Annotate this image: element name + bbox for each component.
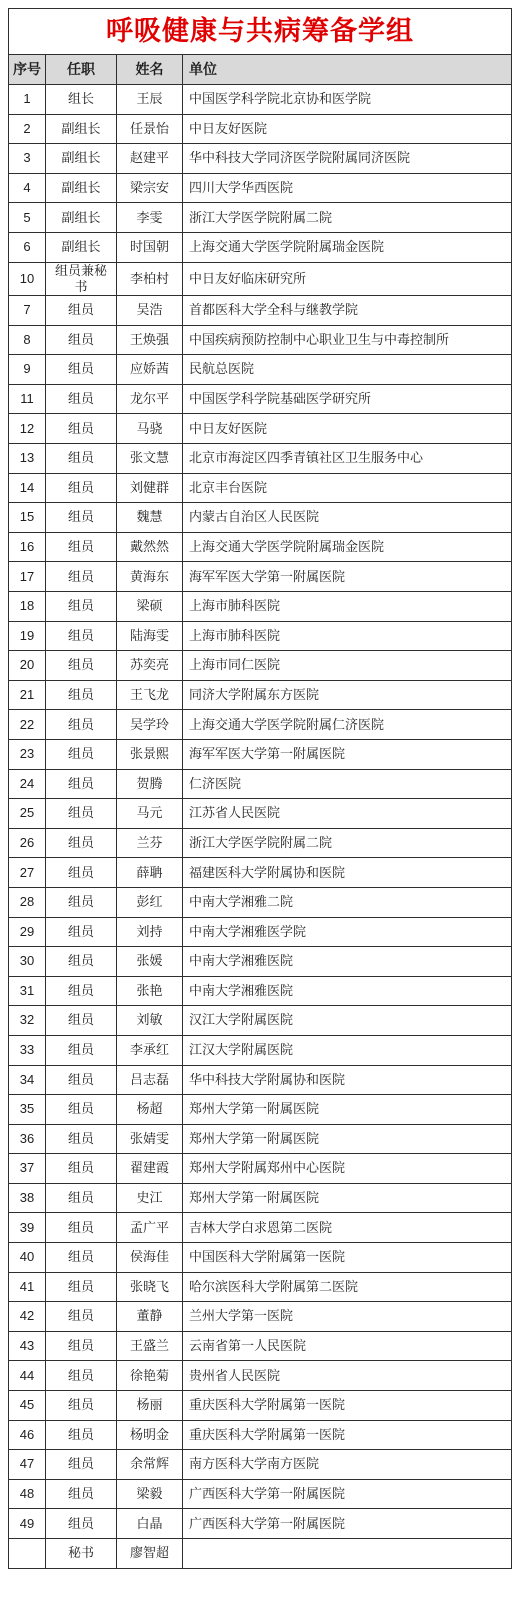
cell-role: 组员 <box>46 710 117 740</box>
cell-index: 46 <box>9 1420 46 1450</box>
cell-index: 11 <box>9 384 46 414</box>
cell-index: 36 <box>9 1124 46 1154</box>
page-title: 呼吸健康与共病筹备学组 <box>9 9 512 55</box>
cell-org: 哈尔滨医科大学附属第二医院 <box>183 1272 512 1302</box>
header-org: 单位 <box>183 55 512 85</box>
table-row: 秘书廖智超 <box>9 1539 512 1569</box>
table-row: 40组员侯海佳中国医科大学附属第一医院 <box>9 1243 512 1273</box>
cell-role: 组员 <box>46 621 117 651</box>
cell-role: 组员 <box>46 562 117 592</box>
table-row: 26组员兰芬浙江大学医学院附属二院 <box>9 828 512 858</box>
cell-org: 广西医科大学第一附属医院 <box>183 1479 512 1509</box>
cell-index: 33 <box>9 1035 46 1065</box>
cell-org: 中国医学科学院北京协和医学院 <box>183 85 512 115</box>
cell-role: 组员 <box>46 1361 117 1391</box>
cell-org: 上海交通大学医学院附属瑞金医院 <box>183 532 512 562</box>
cell-name: 孟广平 <box>117 1213 183 1243</box>
cell-name: 徐艳菊 <box>117 1361 183 1391</box>
table-row: 43组员王盛兰云南省第一人民医院 <box>9 1331 512 1361</box>
cell-index: 31 <box>9 976 46 1006</box>
cell-index: 40 <box>9 1243 46 1273</box>
cell-index: 32 <box>9 1006 46 1036</box>
cell-name: 吴学玲 <box>117 710 183 740</box>
table-row: 37组员翟建霞郑州大学附属郑州中心医院 <box>9 1154 512 1184</box>
cell-index: 41 <box>9 1272 46 1302</box>
cell-index: 13 <box>9 444 46 474</box>
table-row: 22组员吴学玲上海交通大学医学院附属仁济医院 <box>9 710 512 740</box>
header-role: 任职 <box>46 55 117 85</box>
cell-name: 刘持 <box>117 917 183 947</box>
cell-name: 赵建平 <box>117 144 183 174</box>
roster-table-container: 呼吸健康与共病筹备学组 序号任职姓名单位 1组长王辰中国医学科学院北京协和医学院… <box>8 8 512 1569</box>
table-row: 12组员马骁中日友好医院 <box>9 414 512 444</box>
cell-role: 组员 <box>46 1479 117 1509</box>
table-row: 32组员刘敏汉江大学附属医院 <box>9 1006 512 1036</box>
cell-name: 吴浩 <box>117 296 183 326</box>
cell-index: 12 <box>9 414 46 444</box>
cell-role: 组员 <box>46 503 117 533</box>
table-row: 10组员兼秘书李柏村中日友好临床研究所 <box>9 262 512 296</box>
cell-index: 26 <box>9 828 46 858</box>
table-row: 44组员徐艳菊贵州省人民医院 <box>9 1361 512 1391</box>
cell-role: 组员兼秘书 <box>46 262 117 296</box>
cell-name: 薛聃 <box>117 858 183 888</box>
cell-org: 浙江大学医学院附属二院 <box>183 203 512 233</box>
cell-name: 杨丽 <box>117 1391 183 1421</box>
cell-org: 上海交通大学医学院附属仁济医院 <box>183 710 512 740</box>
cell-name: 张景熙 <box>117 739 183 769</box>
title-row: 呼吸健康与共病筹备学组 <box>9 9 512 55</box>
cell-role: 组员 <box>46 444 117 474</box>
cell-name: 廖智超 <box>117 1539 183 1569</box>
cell-role: 组员 <box>46 1272 117 1302</box>
table-row: 47组员余常辉南方医科大学南方医院 <box>9 1450 512 1480</box>
cell-org: 中日友好临床研究所 <box>183 262 512 296</box>
header-index: 序号 <box>9 55 46 85</box>
cell-name: 梁宗安 <box>117 173 183 203</box>
cell-name: 龙尔平 <box>117 384 183 414</box>
cell-org: 兰州大学第一医院 <box>183 1302 512 1332</box>
cell-index: 30 <box>9 947 46 977</box>
cell-role: 组员 <box>46 355 117 385</box>
cell-index: 35 <box>9 1095 46 1125</box>
table-row: 45组员杨丽重庆医科大学附属第一医院 <box>9 1391 512 1421</box>
table-row: 24组员贺腾仁济医院 <box>9 769 512 799</box>
cell-role: 秘书 <box>46 1539 117 1569</box>
cell-index: 14 <box>9 473 46 503</box>
cell-index: 7 <box>9 296 46 326</box>
cell-org: 重庆医科大学附属第一医院 <box>183 1391 512 1421</box>
cell-org: 首都医科大学全科与继教学院 <box>183 296 512 326</box>
cell-org: 北京丰台医院 <box>183 473 512 503</box>
cell-org: 四川大学华西医院 <box>183 173 512 203</box>
table-row: 21组员王飞龙同济大学附属东方医院 <box>9 680 512 710</box>
table-row: 11组员龙尔平中国医学科学院基础医学研究所 <box>9 384 512 414</box>
table-row: 28组员彭红中南大学湘雅二院 <box>9 887 512 917</box>
cell-org: 中国疾病预防控制中心职业卫生与中毒控制所 <box>183 325 512 355</box>
cell-name: 张婧雯 <box>117 1124 183 1154</box>
table-row: 15组员魏慧内蒙古自治区人民医院 <box>9 503 512 533</box>
cell-org: 郑州大学附属郑州中心医院 <box>183 1154 512 1184</box>
table-row: 49组员白晶广西医科大学第一附属医院 <box>9 1509 512 1539</box>
cell-name: 刘敏 <box>117 1006 183 1036</box>
cell-role: 组员 <box>46 296 117 326</box>
table-row: 23组员张景熙海军军医大学第一附属医院 <box>9 739 512 769</box>
cell-index: 22 <box>9 710 46 740</box>
cell-role: 副组长 <box>46 173 117 203</box>
table-row: 17组员黄海东海军军医大学第一附属医院 <box>9 562 512 592</box>
cell-name: 梁硕 <box>117 592 183 622</box>
cell-name: 张晓飞 <box>117 1272 183 1302</box>
cell-index: 16 <box>9 532 46 562</box>
table-row: 42组员董静兰州大学第一医院 <box>9 1302 512 1332</box>
cell-org: 中日友好医院 <box>183 414 512 444</box>
cell-index: 29 <box>9 917 46 947</box>
cell-index: 17 <box>9 562 46 592</box>
cell-role: 组长 <box>46 85 117 115</box>
cell-role: 组员 <box>46 651 117 681</box>
cell-org: 郑州大学第一附属医院 <box>183 1095 512 1125</box>
cell-role: 副组长 <box>46 232 117 262</box>
table-row: 33组员李承红江汉大学附属医院 <box>9 1035 512 1065</box>
table-row: 41组员张晓飞哈尔滨医科大学附属第二医院 <box>9 1272 512 1302</box>
table-row: 30组员张媛中南大学湘雅医院 <box>9 947 512 977</box>
table-row: 3副组长赵建平华中科技大学同济医学院附属同济医院 <box>9 144 512 174</box>
cell-org: 华中科技大学附属协和医院 <box>183 1065 512 1095</box>
cell-index: 21 <box>9 680 46 710</box>
table-row: 4副组长梁宗安四川大学华西医院 <box>9 173 512 203</box>
table-row: 13组员张文慧北京市海淀区四季青镇社区卫生服务中心 <box>9 444 512 474</box>
cell-name: 李承红 <box>117 1035 183 1065</box>
cell-index: 28 <box>9 887 46 917</box>
cell-name: 戴然然 <box>117 532 183 562</box>
cell-name: 苏奕亮 <box>117 651 183 681</box>
cell-index: 23 <box>9 739 46 769</box>
cell-role: 组员 <box>46 1095 117 1125</box>
cell-org: 郑州大学第一附属医院 <box>183 1124 512 1154</box>
cell-index: 47 <box>9 1450 46 1480</box>
cell-role: 组员 <box>46 1420 117 1450</box>
cell-name: 马骁 <box>117 414 183 444</box>
cell-org: 上海市肺科医院 <box>183 592 512 622</box>
cell-org: 海军军医大学第一附属医院 <box>183 739 512 769</box>
table-row: 29组员刘持中南大学湘雅医学院 <box>9 917 512 947</box>
cell-index: 37 <box>9 1154 46 1184</box>
cell-role: 副组长 <box>46 203 117 233</box>
cell-index: 9 <box>9 355 46 385</box>
cell-org: 江苏省人民医院 <box>183 799 512 829</box>
cell-role: 组员 <box>46 1154 117 1184</box>
cell-index: 43 <box>9 1331 46 1361</box>
cell-org: 汉江大学附属医院 <box>183 1006 512 1036</box>
table-row: 19组员陆海雯上海市肺科医院 <box>9 621 512 651</box>
cell-role: 组员 <box>46 1065 117 1095</box>
cell-name: 王盛兰 <box>117 1331 183 1361</box>
cell-role: 组员 <box>46 473 117 503</box>
cell-role: 组员 <box>46 1302 117 1332</box>
cell-org: 华中科技大学同济医学院附属同济医院 <box>183 144 512 174</box>
table-row: 14组员刘健群北京丰台医院 <box>9 473 512 503</box>
table-row: 34组员吕志磊华中科技大学附属协和医院 <box>9 1065 512 1095</box>
cell-name: 王辰 <box>117 85 183 115</box>
cell-name: 杨超 <box>117 1095 183 1125</box>
table-row: 39组员孟广平吉林大学白求恩第二医院 <box>9 1213 512 1243</box>
cell-org: 海军军医大学第一附属医院 <box>183 562 512 592</box>
cell-role: 组员 <box>46 1450 117 1480</box>
cell-role: 组员 <box>46 828 117 858</box>
cell-index: 15 <box>9 503 46 533</box>
roster-table: 呼吸健康与共病筹备学组 序号任职姓名单位 1组长王辰中国医学科学院北京协和医学院… <box>8 8 512 1569</box>
cell-org: 南方医科大学南方医院 <box>183 1450 512 1480</box>
cell-org: 上海市同仁医院 <box>183 651 512 681</box>
cell-name: 张文慧 <box>117 444 183 474</box>
cell-index: 38 <box>9 1183 46 1213</box>
cell-index: 10 <box>9 262 46 296</box>
cell-role: 组员 <box>46 739 117 769</box>
table-row: 9组员应娇茜民航总医院 <box>9 355 512 385</box>
cell-role: 组员 <box>46 1183 117 1213</box>
table-row: 5副组长李雯浙江大学医学院附属二院 <box>9 203 512 233</box>
cell-name: 余常辉 <box>117 1450 183 1480</box>
cell-index: 2 <box>9 114 46 144</box>
cell-name: 梁毅 <box>117 1479 183 1509</box>
cell-role: 组员 <box>46 592 117 622</box>
table-body: 1组长王辰中国医学科学院北京协和医学院2副组长任景怡中日友好医院3副组长赵建平华… <box>9 85 512 1569</box>
cell-role: 组员 <box>46 769 117 799</box>
cell-name: 史江 <box>117 1183 183 1213</box>
table-row: 6副组长时国朝上海交通大学医学院附属瑞金医院 <box>9 232 512 262</box>
cell-org: 同济大学附属东方医院 <box>183 680 512 710</box>
cell-role: 组员 <box>46 1124 117 1154</box>
table-row: 18组员梁硕上海市肺科医院 <box>9 592 512 622</box>
cell-role: 组员 <box>46 1331 117 1361</box>
table-row: 1组长王辰中国医学科学院北京协和医学院 <box>9 85 512 115</box>
cell-role: 组员 <box>46 1006 117 1036</box>
cell-name: 白晶 <box>117 1509 183 1539</box>
cell-index: 4 <box>9 173 46 203</box>
cell-name: 刘健群 <box>117 473 183 503</box>
cell-org: 内蒙古自治区人民医院 <box>183 503 512 533</box>
cell-role: 副组长 <box>46 144 117 174</box>
cell-role: 组员 <box>46 1391 117 1421</box>
cell-org: 福建医科大学附属协和医院 <box>183 858 512 888</box>
cell-name: 应娇茜 <box>117 355 183 385</box>
cell-name: 侯海佳 <box>117 1243 183 1273</box>
cell-name: 翟建霞 <box>117 1154 183 1184</box>
cell-org: 上海交通大学医学院附属瑞金医院 <box>183 232 512 262</box>
cell-index: 48 <box>9 1479 46 1509</box>
cell-index: 18 <box>9 592 46 622</box>
cell-index: 24 <box>9 769 46 799</box>
cell-index: 27 <box>9 858 46 888</box>
cell-role: 组员 <box>46 680 117 710</box>
cell-index: 5 <box>9 203 46 233</box>
cell-org: 民航总医院 <box>183 355 512 385</box>
cell-role: 副组长 <box>46 114 117 144</box>
table-row: 7组员吴浩首都医科大学全科与继教学院 <box>9 296 512 326</box>
cell-index: 20 <box>9 651 46 681</box>
cell-name: 魏慧 <box>117 503 183 533</box>
cell-org: 中南大学湘雅医院 <box>183 976 512 1006</box>
cell-role: 组员 <box>46 976 117 1006</box>
cell-role: 组员 <box>46 917 117 947</box>
cell-org: 中日友好医院 <box>183 114 512 144</box>
cell-name: 张艳 <box>117 976 183 1006</box>
cell-org: 广西医科大学第一附属医院 <box>183 1509 512 1539</box>
table-row: 38组员史江郑州大学第一附属医院 <box>9 1183 512 1213</box>
cell-org: 江汉大学附属医院 <box>183 1035 512 1065</box>
cell-role: 组员 <box>46 1509 117 1539</box>
cell-org: 重庆医科大学附属第一医院 <box>183 1420 512 1450</box>
cell-index: 25 <box>9 799 46 829</box>
cell-role: 组员 <box>46 384 117 414</box>
cell-index: 6 <box>9 232 46 262</box>
cell-org: 中南大学湘雅医学院 <box>183 917 512 947</box>
cell-name: 时国朝 <box>117 232 183 262</box>
cell-org: 仁济医院 <box>183 769 512 799</box>
cell-role: 组员 <box>46 532 117 562</box>
cell-name: 李雯 <box>117 203 183 233</box>
cell-org: 贵州省人民医院 <box>183 1361 512 1391</box>
cell-org: 浙江大学医学院附属二院 <box>183 828 512 858</box>
cell-org: 吉林大学白求恩第二医院 <box>183 1213 512 1243</box>
cell-org: 云南省第一人民医院 <box>183 1331 512 1361</box>
table-row: 36组员张婧雯郑州大学第一附属医院 <box>9 1124 512 1154</box>
cell-name: 李柏村 <box>117 262 183 296</box>
cell-org <box>183 1539 512 1569</box>
cell-name: 陆海雯 <box>117 621 183 651</box>
cell-name: 黄海东 <box>117 562 183 592</box>
cell-index: 8 <box>9 325 46 355</box>
cell-role: 组员 <box>46 414 117 444</box>
cell-name: 张媛 <box>117 947 183 977</box>
cell-index: 44 <box>9 1361 46 1391</box>
cell-role: 组员 <box>46 858 117 888</box>
table-row: 27组员薛聃福建医科大学附属协和医院 <box>9 858 512 888</box>
header-row: 序号任职姓名单位 <box>9 55 512 85</box>
table-row: 16组员戴然然上海交通大学医学院附属瑞金医院 <box>9 532 512 562</box>
cell-name: 彭红 <box>117 887 183 917</box>
cell-index: 49 <box>9 1509 46 1539</box>
cell-org: 中国医科大学附属第一医院 <box>183 1243 512 1273</box>
cell-name: 兰芬 <box>117 828 183 858</box>
cell-role: 组员 <box>46 799 117 829</box>
cell-role: 组员 <box>46 887 117 917</box>
cell-org: 上海市肺科医院 <box>183 621 512 651</box>
table-row: 35组员杨超郑州大学第一附属医院 <box>9 1095 512 1125</box>
cell-index <box>9 1539 46 1569</box>
cell-name: 贺腾 <box>117 769 183 799</box>
cell-name: 马元 <box>117 799 183 829</box>
cell-index: 34 <box>9 1065 46 1095</box>
cell-org: 中南大学湘雅二院 <box>183 887 512 917</box>
cell-index: 39 <box>9 1213 46 1243</box>
cell-name: 吕志磊 <box>117 1065 183 1095</box>
cell-role: 组员 <box>46 325 117 355</box>
cell-name: 杨明金 <box>117 1420 183 1450</box>
cell-org: 郑州大学第一附属医院 <box>183 1183 512 1213</box>
cell-index: 19 <box>9 621 46 651</box>
cell-org: 中国医学科学院基础医学研究所 <box>183 384 512 414</box>
table-row: 2副组长任景怡中日友好医院 <box>9 114 512 144</box>
table-row: 25组员马元江苏省人民医院 <box>9 799 512 829</box>
table-row: 20组员苏奕亮上海市同仁医院 <box>9 651 512 681</box>
cell-role: 组员 <box>46 947 117 977</box>
table-row: 31组员张艳中南大学湘雅医院 <box>9 976 512 1006</box>
cell-role: 组员 <box>46 1035 117 1065</box>
cell-name: 王飞龙 <box>117 680 183 710</box>
cell-role: 组员 <box>46 1213 117 1243</box>
cell-index: 1 <box>9 85 46 115</box>
cell-org: 北京市海淀区四季青镇社区卫生服务中心 <box>183 444 512 474</box>
table-row: 48组员梁毅广西医科大学第一附属医院 <box>9 1479 512 1509</box>
cell-index: 3 <box>9 144 46 174</box>
cell-name: 王焕强 <box>117 325 183 355</box>
header-name: 姓名 <box>117 55 183 85</box>
cell-index: 42 <box>9 1302 46 1332</box>
cell-name: 董静 <box>117 1302 183 1332</box>
table-row: 46组员杨明金重庆医科大学附属第一医院 <box>9 1420 512 1450</box>
cell-name: 任景怡 <box>117 114 183 144</box>
cell-role: 组员 <box>46 1243 117 1273</box>
cell-org: 中南大学湘雅医院 <box>183 947 512 977</box>
cell-index: 45 <box>9 1391 46 1421</box>
table-row: 8组员王焕强中国疾病预防控制中心职业卫生与中毒控制所 <box>9 325 512 355</box>
